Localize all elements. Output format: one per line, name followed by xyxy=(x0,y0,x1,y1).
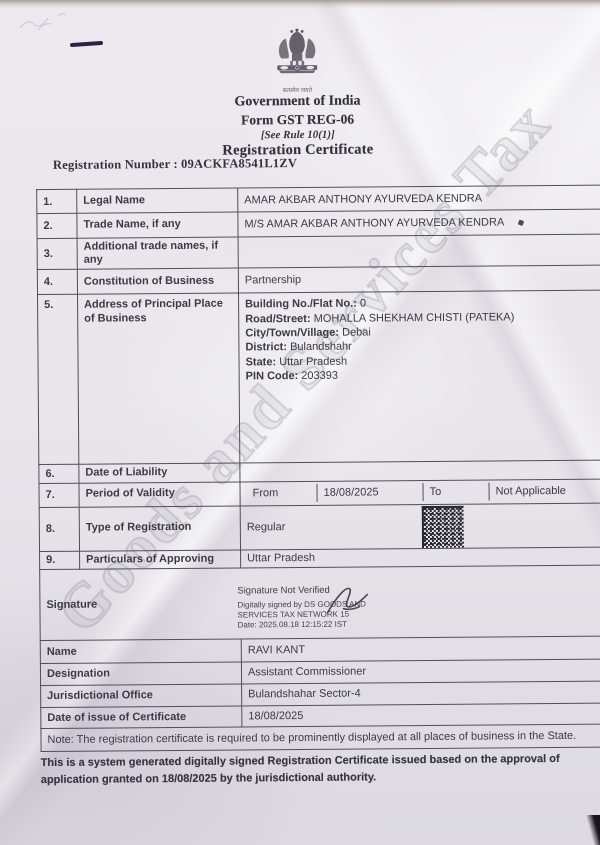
row-number: 9. xyxy=(40,551,80,570)
legal-name-value: AMAR AKBAR ANTHONY AYURVEDA KENDRA xyxy=(238,185,600,212)
system-generated-footer: This is a system generated digitally sig… xyxy=(41,751,571,789)
government-of-india-title: Government of India xyxy=(0,92,598,113)
type-of-registration-value: Regular xyxy=(240,503,600,550)
row-number: 2. xyxy=(37,213,77,238)
date-of-issue-label: Date of issue of Certificate xyxy=(41,706,242,729)
certificate-table: 1. Legal Name AMAR AKBAR ANTHONY AYURVED… xyxy=(36,185,600,752)
paper-corner-shadow xyxy=(586,815,600,845)
trade-name-value: M/S AMAR AKBAR ANTHONY AYURVEDA KENDRA xyxy=(238,209,600,237)
signature-squiggle xyxy=(319,578,373,622)
row-number: 5. xyxy=(38,295,79,465)
designation-label: Designation xyxy=(40,662,241,686)
ashoka-emblem-icon xyxy=(271,26,323,82)
row-number: 7. xyxy=(39,483,79,507)
period-of-validity-value: From 18/08/2025 To Not Applicable xyxy=(240,479,600,506)
additional-trade-names-label: Additional trade names, if any xyxy=(77,237,238,270)
registration-number-value: 09ACKFA8541L1ZV xyxy=(181,156,297,171)
constitution-value: Partnership xyxy=(238,265,600,293)
to-label: To xyxy=(423,483,489,502)
signature-label: Signature xyxy=(46,598,97,610)
table-row: 3. Additional trade names, if any xyxy=(37,234,600,270)
note-text: Note: The registration certificate is re… xyxy=(41,724,600,751)
jurisdictional-office-label: Jurisdictional Office xyxy=(41,684,242,708)
table-row: 8. Type of Registration Regular xyxy=(39,503,600,551)
trade-name-label: Trade Name, if any xyxy=(77,212,238,238)
row-number: 8. xyxy=(39,507,79,551)
from-label: From xyxy=(247,484,318,503)
legal-name-label: Legal Name xyxy=(77,188,238,213)
row-number: 3. xyxy=(37,238,77,270)
row-number: 4. xyxy=(37,270,77,295)
jurisdictional-office-value: Bulandshahar Sector-4 xyxy=(242,681,600,706)
emblem-block: सत्यमेव जयते xyxy=(269,26,326,94)
qr-code xyxy=(422,505,464,547)
particulars-of-approving-label: Particulars of Approving xyxy=(80,550,241,569)
type-of-registration-label: Type of Registration xyxy=(79,506,240,551)
name-value: RAVI KANT xyxy=(241,636,600,662)
table-row: 5. Address of Principal Place of Busines… xyxy=(38,290,600,464)
scanned-paper: Goods and Services Tax xyxy=(0,0,600,845)
digital-signature-block: Signature Not Verified Digitally signed … xyxy=(237,584,366,630)
address-label: Address of Principal Place of Business xyxy=(78,293,240,464)
registration-number-label: Registration Number : xyxy=(53,157,178,172)
to-value: Not Applicable xyxy=(489,482,599,501)
ink-smudge xyxy=(518,219,524,225)
designation-value: Assistant Commissioner xyxy=(241,659,600,684)
from-date-value: 18/08/2025 xyxy=(318,483,424,502)
name-label: Name xyxy=(40,639,241,664)
registration-number-line: Registration Number : 09ACKFA8541L1ZV xyxy=(53,156,297,173)
period-of-validity-label: Period of Validity xyxy=(79,482,240,507)
date-of-issue-value: 18/08/2025 xyxy=(242,703,600,727)
row-number: 1. xyxy=(37,189,77,213)
date-of-liability-label: Date of Liability xyxy=(79,463,240,482)
signature-cell: Signature Signature Not Verified Digital… xyxy=(40,565,600,640)
signature-row: Signature Signature Not Verified Digital… xyxy=(40,565,600,640)
address-value: Building No./Flat No.: 0 Road/Street: MO… xyxy=(239,290,600,463)
note-row: Note: The registration certificate is re… xyxy=(41,724,600,751)
constitution-label: Constitution of Business xyxy=(77,268,238,294)
row-number: 6. xyxy=(39,465,79,484)
additional-trade-names-value xyxy=(238,234,600,268)
